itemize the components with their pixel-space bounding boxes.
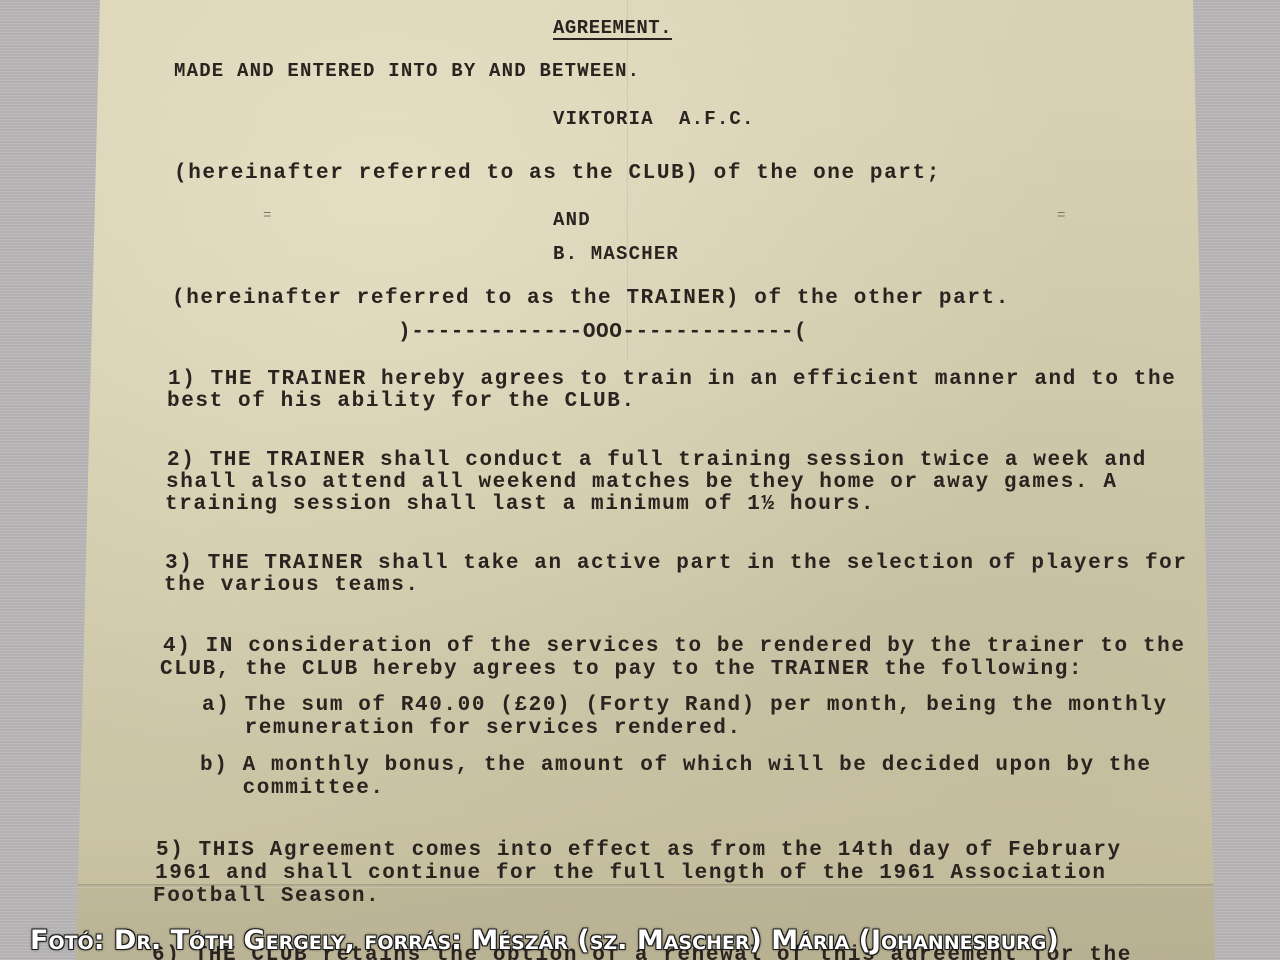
subclause-line: remuneration for services rendered. <box>202 717 742 740</box>
clause-line: 5) THIS Agreement comes into effect as f… <box>156 839 1122 862</box>
subclause-line: committee. <box>200 777 385 800</box>
clause-line: 1) THE TRAINER hereby agrees to train in… <box>168 368 1176 391</box>
party-one-role: (hereinafter referred to as the CLUB) of… <box>174 162 941 185</box>
conjunction-and: AND <box>553 209 591 232</box>
clause-line: 3) THE TRAINER shall take an active part… <box>165 552 1188 575</box>
clause-line: shall also attend all weekend matches be… <box>166 471 1118 494</box>
clause-line: Football Season. <box>153 885 380 908</box>
margin-mark-left: = <box>263 208 273 224</box>
clause-line: CLUB, the CLUB hereby agrees to pay to t… <box>160 658 1083 681</box>
subclause-line: b) A monthly bonus, the amount of which … <box>200 754 1152 777</box>
intro-line: MADE AND ENTERED INTO BY AND BETWEEN. <box>174 60 640 83</box>
clause-line: the various teams. <box>164 574 420 597</box>
clause-line: training session shall last a minimum of… <box>165 493 875 516</box>
photo-credit-caption: Fotó: Dr. Tóth Gergely, forrás: Mészár (… <box>30 926 1260 956</box>
subclause-line: a) The sum of R40.00 (£20) (Forty Rand) … <box>202 694 1168 717</box>
document-title: AGREEMENT. <box>553 17 672 40</box>
agreement-document: AGREEMENT. MADE AND ENTERED INTO BY AND … <box>0 0 1280 960</box>
margin-mark-right: = <box>1057 208 1067 224</box>
party-one-name: VIKTORIA A.F.C. <box>553 108 755 131</box>
separator-line: )-------------OOO-------------( <box>398 321 807 344</box>
clause-line: 2) THE TRAINER shall conduct a full trai… <box>167 449 1147 472</box>
clause-line: 4) IN consideration of the services to b… <box>163 635 1186 658</box>
party-two-role: (hereinafter referred to as the TRAINER)… <box>172 287 1010 310</box>
clause-line: best of his ability for the CLUB. <box>167 390 636 413</box>
clause-line: 1961 and shall continue for the full len… <box>155 862 1107 885</box>
party-two-name: B. MASCHER <box>553 243 679 266</box>
